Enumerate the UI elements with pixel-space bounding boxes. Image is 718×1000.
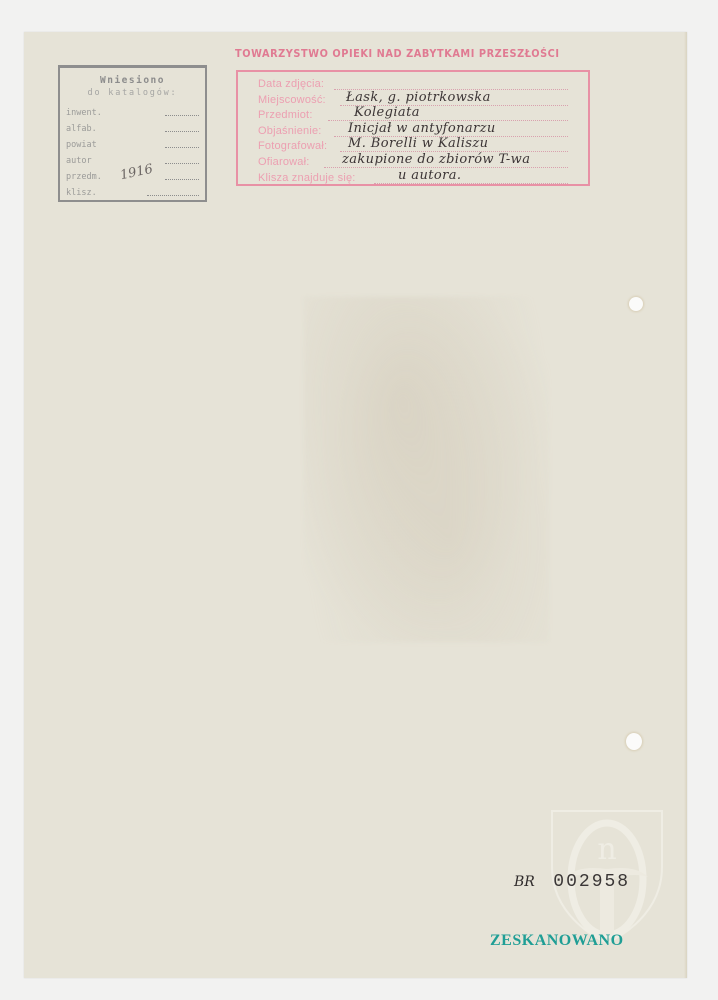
field-label: Data zdjęcia: (258, 78, 324, 90)
catalogue-stamp-title: Wniesiono (60, 75, 205, 86)
photo-ghost-imprint (304, 297, 549, 642)
field-negative-location: Klisza znajduje się: u autora. (258, 171, 588, 187)
society-stamp: Data zdjęcia: Miejscowość: Łask, g. piot… (236, 70, 590, 186)
row-label: alfab. (66, 124, 97, 134)
row-label: inwent. (66, 108, 102, 118)
catalogue-number-value: 002958 (553, 872, 630, 892)
catalogue-stamp-subtitle: do katalogów: (60, 88, 205, 98)
catalogue-number: BR 002958 (514, 872, 630, 892)
field-location: Miejscowość: Łask, g. piotrkowska (258, 93, 588, 109)
svg-text:n: n (597, 832, 616, 867)
punch-hole-bottom (626, 733, 642, 750)
field-label: Miejscowość: (258, 94, 326, 106)
field-value: Inicjał w antyfonarzu (348, 121, 496, 136)
society-stamp-title: TOWARZYSTWO OPIEKI NAD ZABYTKAMI PRZESZŁ… (235, 48, 570, 60)
punch-hole-top (629, 297, 643, 311)
field-label: Objaśnienie: (258, 125, 322, 137)
row-label: powiat (66, 140, 97, 150)
catalogue-stamp: Wniesiono do katalogów: inwent. alfab. p… (58, 65, 207, 202)
row-label: klisz. (66, 188, 97, 198)
catalogue-row-klisz: klisz. (66, 185, 205, 201)
catalogue-row-powiat: powiat (66, 137, 205, 153)
field-value: Łask, g. piotrkowska (346, 90, 491, 105)
field-label: Ofiarował: (258, 156, 310, 168)
catalogue-row-inwent: inwent. (66, 105, 205, 121)
field-value: Kolegiata (354, 105, 420, 120)
catalogue-row-przedm: przedm. 1916 (66, 169, 205, 185)
field-value: zakupione do zbiorów T-wa (342, 152, 530, 167)
archival-photo-card-back: Wniesiono do katalogów: inwent. alfab. p… (24, 32, 687, 978)
field-label: Klisza znajduje się: (258, 172, 356, 184)
scanned-stamp: ZESKANOWANO (490, 932, 624, 950)
catalogue-prefix: BR (514, 874, 535, 890)
field-value: M. Borelli w Kaliszu (348, 136, 488, 151)
field-value: u autora. (398, 168, 461, 183)
catalogue-row-alfab: alfab. (66, 121, 205, 137)
row-label: autor (66, 156, 92, 166)
field-label: Fotografował: (258, 140, 327, 152)
field-label: Przedmiot: (258, 109, 313, 121)
row-label: przedm. (66, 172, 102, 182)
